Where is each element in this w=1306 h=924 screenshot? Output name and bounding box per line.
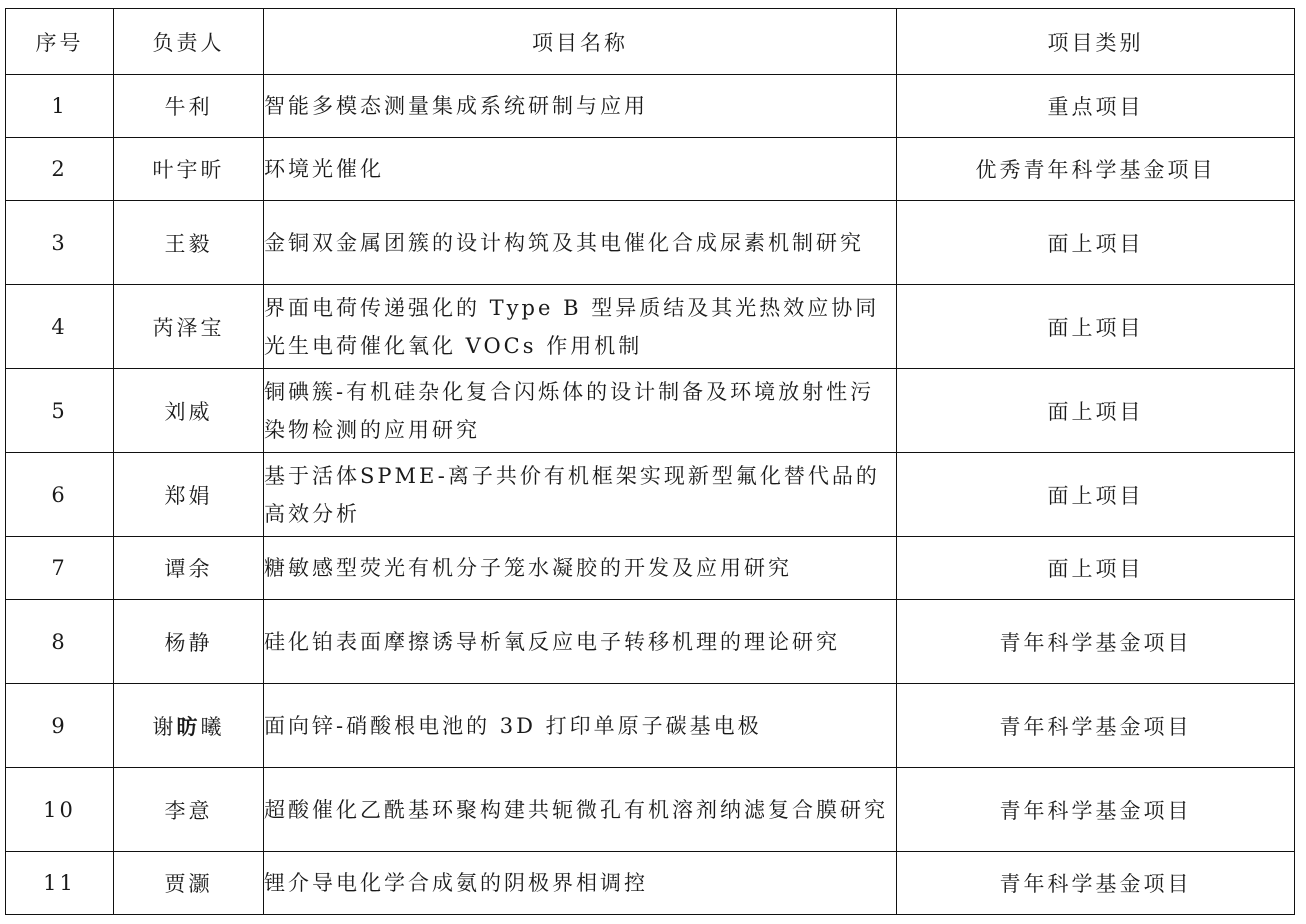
table-row: 2 叶宇昕 环境光催化 优秀青年科学基金项目 bbox=[6, 138, 1295, 201]
cell-owner: 杨静 bbox=[114, 600, 264, 684]
cell-owner: 牛利 bbox=[114, 75, 264, 138]
cell-project-name: 铜碘簇-有机硅杂化复合闪烁体的设计制备及环境放射性污染物检测的应用研究 bbox=[264, 369, 897, 453]
cell-owner: 李意 bbox=[114, 768, 264, 852]
cell-category: 面上项目 bbox=[897, 453, 1295, 537]
cell-owner: 刘威 bbox=[114, 369, 264, 453]
cell-project-name: 界面电荷传递强化的 Type B 型异质结及其光热效应协同光生电荷催化氧化 VO… bbox=[264, 285, 897, 369]
cell-no: 9 bbox=[6, 684, 114, 768]
table-row: 7 谭余 糖敏感型荧光有机分子笼水凝胶的开发及应用研究 面上项目 bbox=[6, 537, 1295, 600]
cell-project-name: 环境光催化 bbox=[264, 138, 897, 201]
cell-no: 8 bbox=[6, 600, 114, 684]
cell-category: 青年科学基金项目 bbox=[897, 852, 1295, 915]
cell-no: 10 bbox=[6, 768, 114, 852]
table-header-row: 序号 负责人 项目名称 项目类别 bbox=[6, 9, 1295, 75]
cell-category: 青年科学基金项目 bbox=[897, 684, 1295, 768]
cell-no: 11 bbox=[6, 852, 114, 915]
cell-category: 面上项目 bbox=[897, 285, 1295, 369]
cell-project-name: 超酸催化乙酰基环聚构建共轭微孔有机溶剂纳滤复合膜研究 bbox=[264, 768, 897, 852]
cell-category: 重点项目 bbox=[897, 75, 1295, 138]
cell-owner: 芮泽宝 bbox=[114, 285, 264, 369]
table-row: 5 刘威 铜碘簇-有机硅杂化复合闪烁体的设计制备及环境放射性污染物检测的应用研究… bbox=[6, 369, 1295, 453]
cell-no: 4 bbox=[6, 285, 114, 369]
table-row: 6 郑娟 基于活体SPME-离子共价有机框架实现新型氟化替代品的高效分析 面上项… bbox=[6, 453, 1295, 537]
cell-project-name: 硅化铂表面摩擦诱导析氧反应电子转移机理的理论研究 bbox=[264, 600, 897, 684]
table-row: 8 杨静 硅化铂表面摩擦诱导析氧反应电子转移机理的理论研究 青年科学基金项目 bbox=[6, 600, 1295, 684]
cell-owner: 贾灏 bbox=[114, 852, 264, 915]
header-owner: 负责人 bbox=[114, 9, 264, 75]
owner-char-3: 曦 bbox=[201, 715, 225, 739]
cell-project-name: 智能多模态测量集成系统研制与应用 bbox=[264, 75, 897, 138]
cell-no: 1 bbox=[6, 75, 114, 138]
header-category: 项目类别 bbox=[897, 9, 1295, 75]
cell-project-name: 基于活体SPME-离子共价有机框架实现新型氟化替代品的高效分析 bbox=[264, 453, 897, 537]
cell-owner: 谭余 bbox=[114, 537, 264, 600]
header-name: 项目名称 bbox=[264, 9, 897, 75]
cell-owner: 谢昉曦 bbox=[114, 684, 264, 768]
cell-category: 面上项目 bbox=[897, 369, 1295, 453]
cell-owner: 王毅 bbox=[114, 201, 264, 285]
cell-project-name: 锂介导电化学合成氨的阴极界相调控 bbox=[264, 852, 897, 915]
cell-owner: 叶宇昕 bbox=[114, 138, 264, 201]
cell-no: 7 bbox=[6, 537, 114, 600]
table-row: 4 芮泽宝 界面电荷传递强化的 Type B 型异质结及其光热效应协同光生电荷催… bbox=[6, 285, 1295, 369]
cell-no: 5 bbox=[6, 369, 114, 453]
cell-no: 3 bbox=[6, 201, 114, 285]
table-row: 10 李意 超酸催化乙酰基环聚构建共轭微孔有机溶剂纳滤复合膜研究 青年科学基金项… bbox=[6, 768, 1295, 852]
table-row: 1 牛利 智能多模态测量集成系统研制与应用 重点项目 bbox=[6, 75, 1295, 138]
table-row: 3 王毅 金铜双金属团簇的设计构筑及其电催化合成尿素机制研究 面上项目 bbox=[6, 201, 1295, 285]
owner-char-1: 谢 bbox=[153, 715, 177, 739]
header-no: 序号 bbox=[6, 9, 114, 75]
cell-owner: 郑娟 bbox=[114, 453, 264, 537]
table-row: 9 谢昉曦 面向锌-硝酸根电池的 3D 打印单原子碳基电极 青年科学基金项目 bbox=[6, 684, 1295, 768]
cell-no: 2 bbox=[6, 138, 114, 201]
project-table: 序号 负责人 项目名称 项目类别 1 牛利 智能多模态测量集成系统研制与应用 重… bbox=[5, 8, 1295, 915]
owner-char-2: 昉 bbox=[177, 715, 201, 739]
cell-project-name: 糖敏感型荧光有机分子笼水凝胶的开发及应用研究 bbox=[264, 537, 897, 600]
cell-category: 优秀青年科学基金项目 bbox=[897, 138, 1295, 201]
cell-category: 面上项目 bbox=[897, 201, 1295, 285]
cell-category: 青年科学基金项目 bbox=[897, 600, 1295, 684]
cell-category: 面上项目 bbox=[897, 537, 1295, 600]
cell-no: 6 bbox=[6, 453, 114, 537]
table-row: 11 贾灏 锂介导电化学合成氨的阴极界相调控 青年科学基金项目 bbox=[6, 852, 1295, 915]
cell-project-name: 金铜双金属团簇的设计构筑及其电催化合成尿素机制研究 bbox=[264, 201, 897, 285]
cell-category: 青年科学基金项目 bbox=[897, 768, 1295, 852]
cell-project-name: 面向锌-硝酸根电池的 3D 打印单原子碳基电极 bbox=[264, 684, 897, 768]
